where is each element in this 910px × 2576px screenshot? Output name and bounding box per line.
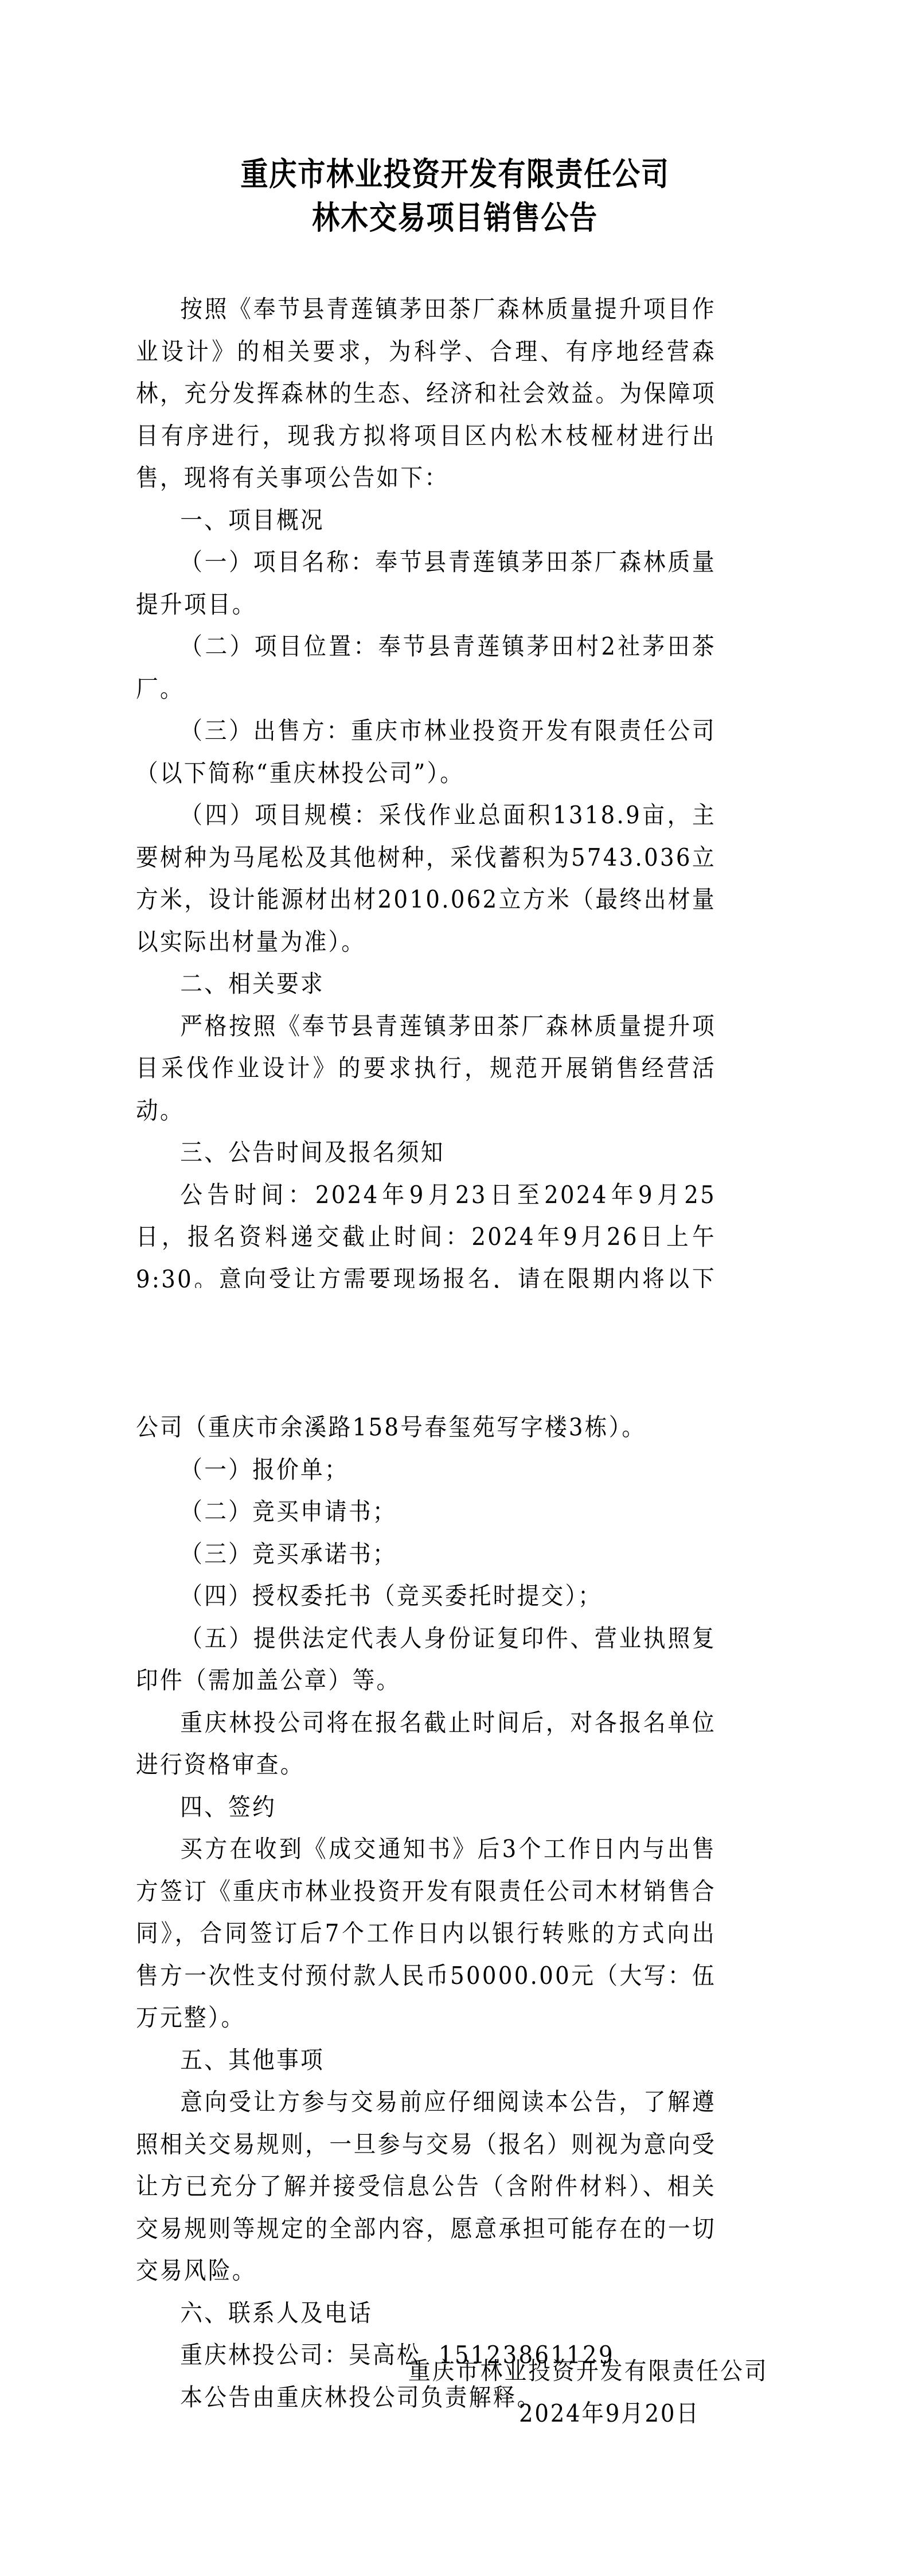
submission-address-paragraph: 公司（重庆市余溪路158号春玺苑写字楼3栋）。 [136,1406,716,1449]
project-location-item: （二）项目位置：奉节县青莲镇茅田村2社茅田茶厂。 [136,625,716,710]
material-item-id-license: （五）提供法定代表人身份证复印件、营业执照复印件（需加盖公章）等。 [136,1617,716,1702]
document-title-line-2: 林木交易项目销售公告 [64,197,846,240]
section-heading-other-matters: 五、其他事项 [136,2039,716,2081]
project-name-item: （一）项目名称：奉节县青莲镇茅田茶厂森林质量提升项目。 [136,541,716,625]
material-item-commitment: （三）竞买承诺书； [136,1533,716,1575]
material-item-quote: （一）报价单； [136,1449,716,1491]
signature-company: 重庆市林业投资开发有限责任公司 [408,2354,746,2388]
contract-paragraph: 买方在收到《成交通知书》后3个工作日内与出售方签订《重庆市林业投资开发有限责任公… [136,1828,716,2039]
document-body-page-2: 公司（重庆市余溪路158号春玺苑写字楼3栋）。 （一）报价单； （二）竞买申请书… [136,1406,716,2418]
requirements-paragraph: 严格按照《奉节县青莲镇茅田茶厂森林质量提升项目采伐作业设计》的要求执行，规范开展… [136,1005,716,1132]
section-heading-announcement-time: 三、公告时间及报名须知 [136,1131,716,1174]
qualification-review-paragraph: 重庆林投公司将在报名截止时间后，对各报名单位进行资格审查。 [136,1702,716,1786]
seller-item: （三）出售方：重庆市林业投资开发有限责任公司（以下简称“重庆林投公司”）。 [136,710,716,794]
material-item-authorization: （四）授权委托书（竞买委托时提交）； [136,1575,716,1617]
section-heading-project-overview: 一、项目概况 [136,499,716,542]
project-scale-item: （四）项目规模：采伐作业总面积1318.9亩，主要树种为马尾松及其他树种，采伐蓄… [136,794,716,963]
signature-date: 2024年9月20日 [519,2396,709,2431]
intro-paragraph: 按照《奉节县青莲镇茅田茶厂森林质量提升项目作业设计》的相关要求，为科学、合理、有… [136,288,716,499]
section-heading-contract: 四、签约 [136,1786,716,1828]
material-item-application: （二）竞买申请书； [136,1491,716,1533]
document-title-line-1: 重庆市林业投资开发有限责任公司 [64,153,846,197]
document-body-page-1: 按照《奉节县青莲镇茅田茶厂森林质量提升项目作业设计》的相关要求，为科学、合理、有… [136,288,716,1343]
document-page-1: 重庆市林业投资开发有限责任公司 林木交易项目销售公告 按照《奉节县青莲镇茅田茶厂… [0,0,910,1288]
section-heading-contact: 六、联系人及电话 [136,2292,716,2334]
section-heading-requirements: 二、相关要求 [136,963,716,1005]
other-matters-paragraph: 意向受让方参与交易前应仔细阅读本公告，了解遵照相关交易规则，一旦参与交易（报名）… [136,2081,716,2292]
